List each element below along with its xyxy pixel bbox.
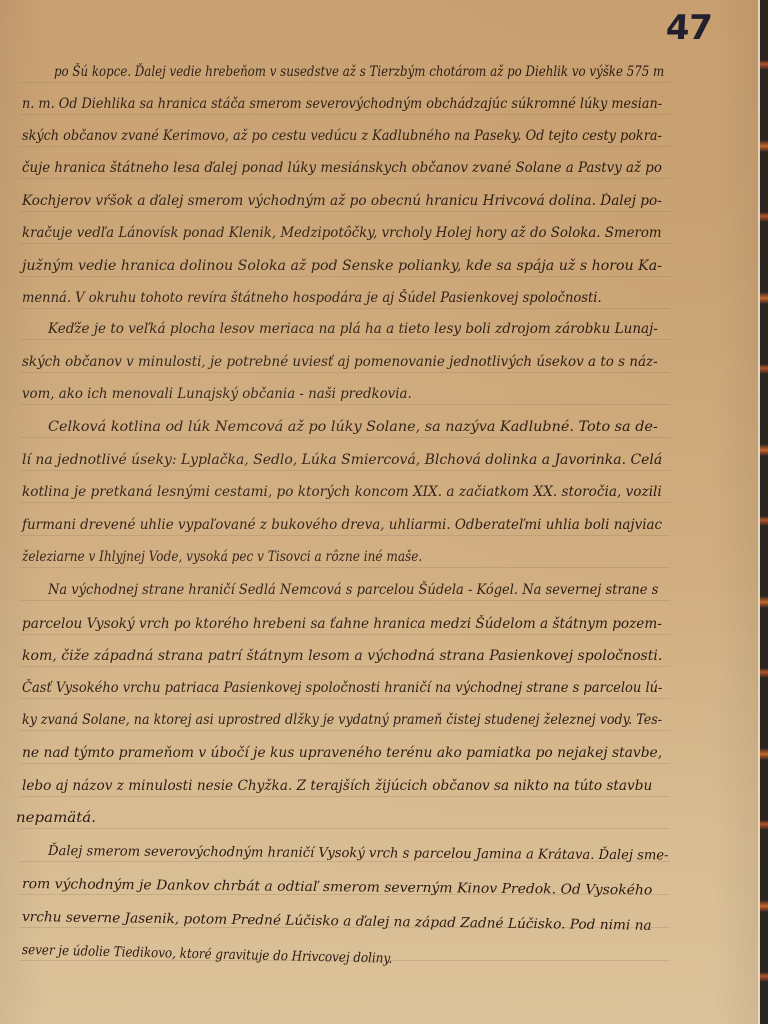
text-line: furmani drevené uhlie vypaľované z bukov… [22,517,662,533]
text-line: železiarne v Ihlyjnej Vode, vysoká pec v… [22,549,422,565]
ruled-line [20,600,670,601]
text-line: menná. V okruhu tohoto revíra štátneho h… [22,290,602,306]
text-line: nepamätá. [16,810,96,826]
ruled-line [20,535,670,536]
ruled-line [20,82,670,83]
ruled-line [20,796,670,797]
text-line: po Šú kopce. Ďalej vedie hrebeňom v suse… [54,64,664,80]
text-line: kom, čiže západná strana patrí štátnym l… [22,648,662,664]
ruled-line [20,276,670,277]
text-line: Kochjerov vŕšok a ďalej smerom východným… [22,193,662,209]
text-line: čuje hranica štátneho lesa ďalej ponad l… [22,160,662,176]
text-line: rom východným je Dankov chrbát a odtiaľ … [22,876,652,898]
book-binding-edge [760,0,768,1024]
text-line: kotlina je pretkaná lesnými cestami, po … [22,484,662,500]
text-line: Na východnej strane hraničí Sedlá Nemcov… [48,582,658,598]
text-line: ne nad týmto prameňom v úbočí je kus upr… [22,745,662,761]
text-line: južným vedie hranica dolinou Soloka až p… [22,258,662,274]
text-line: Časť Vysokého vrchu patriaca Pasienkovej… [22,680,662,696]
ruled-line [20,470,670,471]
ruled-line [20,308,670,309]
text-line: ky zvaná Solane, na ktorej asi uprostred… [22,712,662,728]
ruled-line [20,567,670,568]
ruled-line [20,178,670,179]
ruled-line [20,211,670,212]
text-line: ských občanov zvané Kerimovo, až po cest… [22,128,662,144]
text-line: ských občanov v minulosti, je potrebné u… [22,354,658,370]
text-line: Keďže je to veľká plocha lesov meriaca n… [48,321,658,337]
text-line: sever je údolie Tiedikovo, ktoré gravitu… [22,942,393,967]
ruled-line [20,634,670,635]
ruled-line [20,243,670,244]
ruled-line [20,730,670,731]
ruled-line [20,372,670,373]
text-line: Celková kotlina od lúk Nemcová až po lúk… [48,419,658,435]
ruled-line [20,698,670,699]
text-line: kračuje vedľa Lánovísk ponad Klenik, Med… [22,225,662,241]
ruled-line [20,502,670,503]
ruled-line [20,114,670,115]
text-line: vrchu severne Jasenik, potom Predné Lúči… [22,909,652,934]
text-line: n. m. Od Diehlika sa hranica stáča smero… [22,96,662,112]
page-number: 47 [665,8,712,48]
manuscript-page: 47 po Šú kopce. Ďalej vedie hrebeňom v s… [0,0,760,1024]
ruled-line [20,146,670,147]
text-line: parcelou Vysoký vrch po ktorého hrebeni … [22,616,662,632]
ruled-line [20,437,670,438]
text-line: lí na jednotlivé úseky: Lyplačka, Sedlo,… [22,452,662,468]
ruled-line [20,339,670,340]
ruled-line [20,404,670,405]
text-line: vom, ako ich menovali Lunajský občania -… [22,386,412,402]
ruled-line [20,763,670,764]
ruled-line [20,828,670,829]
text-line: lebo aj názov z minulosti nesie Chyžka. … [22,778,652,794]
ruled-line [20,666,670,667]
